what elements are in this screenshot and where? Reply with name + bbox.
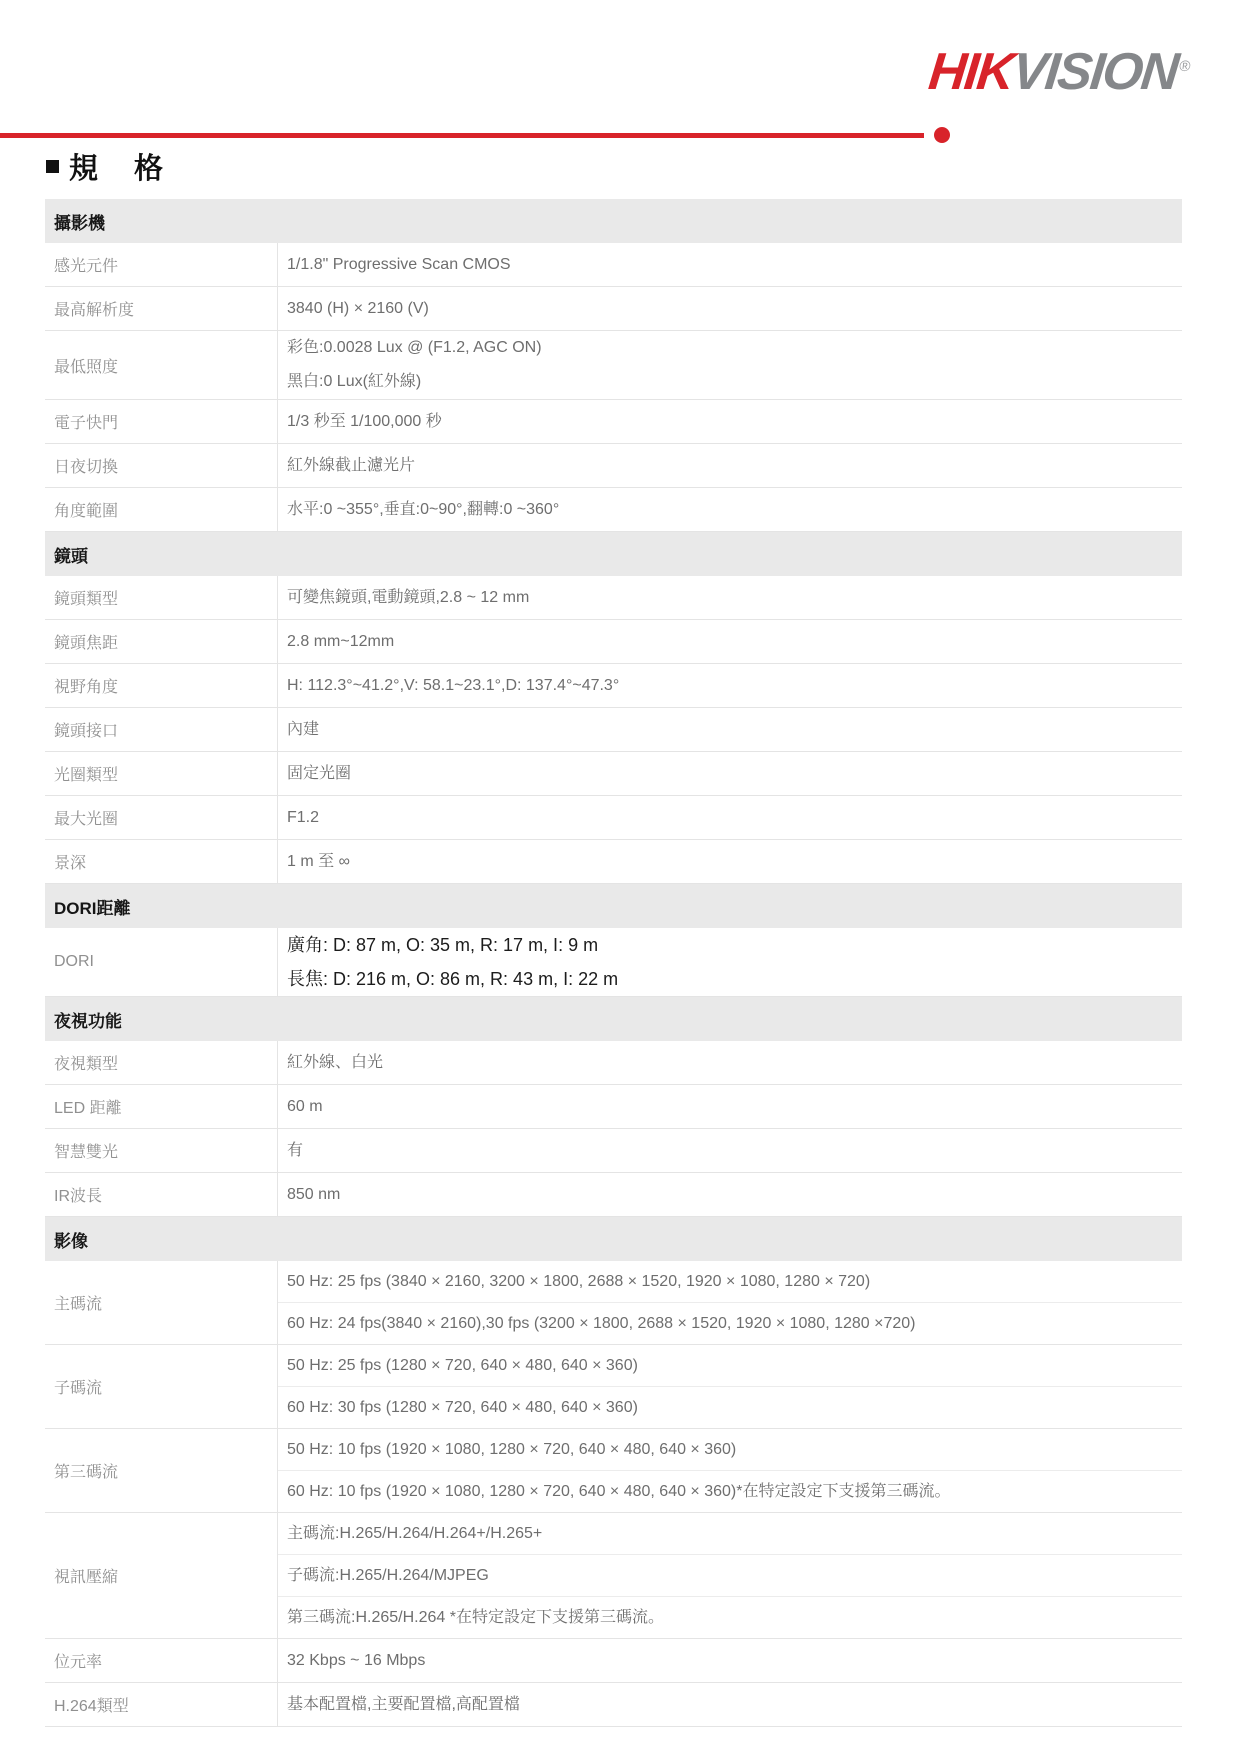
spec-value: 850 nm <box>278 1173 1182 1216</box>
spec-value-line: 子碼流:H.265/H.264/MJPEG <box>278 1555 1182 1597</box>
spec-value: 固定光圈 <box>278 752 1182 795</box>
hikvision-logo: HIKVISION® <box>926 42 1193 102</box>
spec-value-line: 廣角: D: 87 m, O: 35 m, R: 17 m, I: 9 m <box>278 928 1182 962</box>
spec-value-line: 50 Hz: 25 fps (3840 × 2160, 3200 × 1800,… <box>278 1261 1182 1303</box>
spec-value-line: 內建 <box>278 708 1182 751</box>
spec-value: 32 Kbps ~ 16 Mbps <box>278 1639 1182 1682</box>
spec-value-line: 固定光圈 <box>278 752 1182 795</box>
spec-value-line: 基本配置檔,主要配置檔,高配置檔 <box>278 1683 1182 1726</box>
spec-label: 景深 <box>45 840 278 883</box>
spec-label: IR波長 <box>45 1173 278 1216</box>
spec-value: 可變焦鏡頭,電動鏡頭,2.8 ~ 12 mm <box>278 576 1182 619</box>
spec-value: 3840 (H) × 2160 (V) <box>278 287 1182 330</box>
spec-value: 1/1.8" Progressive Scan CMOS <box>278 243 1182 286</box>
spec-value: 彩色:0.0028 Lux @ (F1.2, AGC ON)黑白:0 Lux(紅… <box>278 331 1182 399</box>
section-header: 攝影機 <box>45 199 1182 243</box>
spec-value: F1.2 <box>278 796 1182 839</box>
spec-label: 位元率 <box>45 1639 278 1682</box>
spec-label: 視訊壓縮 <box>45 1513 278 1638</box>
spec-label: H.264類型 <box>45 1683 278 1726</box>
spec-value: 1 m 至 ∞ <box>278 840 1182 883</box>
spec-label: 視野角度 <box>45 664 278 707</box>
spec-label: 最低照度 <box>45 331 278 399</box>
spec-row: 第三碼流50 Hz: 10 fps (1920 × 1080, 1280 × 7… <box>45 1429 1182 1513</box>
spec-value: 50 Hz: 10 fps (1920 × 1080, 1280 × 720, … <box>278 1429 1182 1512</box>
spec-value-line: 60 Hz: 30 fps (1280 × 720, 640 × 480, 64… <box>278 1387 1182 1428</box>
spec-label: 光圈類型 <box>45 752 278 795</box>
spec-row: 角度範圍水平:0 ~355°,垂直:0~90°,翻轉:0 ~360° <box>45 488 1182 532</box>
spec-value-line: 32 Kbps ~ 16 Mbps <box>278 1639 1182 1682</box>
spec-value-line: 50 Hz: 10 fps (1920 × 1080, 1280 × 720, … <box>278 1429 1182 1471</box>
spec-label: 電子快門 <box>45 400 278 443</box>
spec-label: 鏡頭接口 <box>45 708 278 751</box>
spec-value: H: 112.3°~41.2°,V: 58.1~23.1°,D: 137.4°~… <box>278 664 1182 707</box>
spec-row: 子碼流50 Hz: 25 fps (1280 × 720, 640 × 480,… <box>45 1345 1182 1429</box>
spec-label: 最高解析度 <box>45 287 278 330</box>
spec-row: 智慧雙光有 <box>45 1129 1182 1173</box>
spec-label: 智慧雙光 <box>45 1129 278 1172</box>
spec-value-line: 黑白:0 Lux(紅外線) <box>278 365 1182 399</box>
spec-value-line: 1/1.8" Progressive Scan CMOS <box>278 243 1182 286</box>
spec-row: 視野角度H: 112.3°~41.2°,V: 58.1~23.1°,D: 137… <box>45 664 1182 708</box>
red-divider-line <box>0 133 924 138</box>
section-header: 影像 <box>45 1217 1182 1261</box>
spec-label: 子碼流 <box>45 1345 278 1428</box>
spec-row: 視訊壓縮主碼流:H.265/H.264/H.264+/H.265+子碼流:H.2… <box>45 1513 1182 1639</box>
spec-sheet-page: HIKVISION® 規 格 攝影機感光元件1/1.8" Progressive… <box>0 0 1240 1754</box>
spec-label: 感光元件 <box>45 243 278 286</box>
spec-value-line: 1 m 至 ∞ <box>278 840 1182 883</box>
spec-row: 鏡頭焦距2.8 mm~12mm <box>45 620 1182 664</box>
spec-label: 主碼流 <box>45 1261 278 1344</box>
section-header: 鏡頭 <box>45 532 1182 576</box>
spec-row: 最高解析度3840 (H) × 2160 (V) <box>45 287 1182 331</box>
spec-value-line: 60 m <box>278 1085 1182 1128</box>
spec-value-line: 水平:0 ~355°,垂直:0~90°,翻轉:0 ~360° <box>278 488 1182 531</box>
spec-value: 水平:0 ~355°,垂直:0~90°,翻轉:0 ~360° <box>278 488 1182 531</box>
spec-table: 攝影機感光元件1/1.8" Progressive Scan CMOS最高解析度… <box>45 199 1182 1727</box>
spec-value-line: 彩色:0.0028 Lux @ (F1.2, AGC ON) <box>278 331 1182 365</box>
spec-label: LED 距離 <box>45 1085 278 1128</box>
spec-value: 1/3 秒至 1/100,000 秒 <box>278 400 1182 443</box>
spec-value: 2.8 mm~12mm <box>278 620 1182 663</box>
spec-row: LED 距離60 m <box>45 1085 1182 1129</box>
page-title-text: 規 格 <box>69 146 171 187</box>
spec-value-line: 850 nm <box>278 1173 1182 1216</box>
spec-label: DORI <box>45 928 278 996</box>
section-header: 夜視功能 <box>45 997 1182 1041</box>
spec-value: 50 Hz: 25 fps (3840 × 2160, 3200 × 1800,… <box>278 1261 1182 1344</box>
spec-value: 50 Hz: 25 fps (1280 × 720, 640 × 480, 64… <box>278 1345 1182 1428</box>
spec-value: 60 m <box>278 1085 1182 1128</box>
spec-value: 廣角: D: 87 m, O: 35 m, R: 17 m, I: 9 m長焦:… <box>278 928 1182 996</box>
spec-value: 主碼流:H.265/H.264/H.264+/H.265+子碼流:H.265/H… <box>278 1513 1182 1638</box>
logo-vision-text: VISION <box>1010 43 1180 101</box>
spec-label: 角度範圍 <box>45 488 278 531</box>
spec-value-line: 長焦: D: 216 m, O: 86 m, R: 43 m, I: 22 m <box>278 962 1182 996</box>
spec-value-line: 2.8 mm~12mm <box>278 620 1182 663</box>
spec-value-line: F1.2 <box>278 796 1182 839</box>
spec-value: 紅外線、白光 <box>278 1041 1182 1084</box>
spec-row: H.264類型基本配置檔,主要配置檔,高配置檔 <box>45 1683 1182 1727</box>
spec-value-line: 紅外線截止濾光片 <box>278 444 1182 487</box>
spec-value-line: 紅外線、白光 <box>278 1041 1182 1084</box>
title-bullet-square <box>46 160 59 173</box>
spec-row: 景深1 m 至 ∞ <box>45 840 1182 884</box>
spec-value-line: 第三碼流:H.265/H.264 *在特定設定下支援第三碼流。 <box>278 1597 1182 1638</box>
spec-row: 日夜切換紅外線截止濾光片 <box>45 444 1182 488</box>
spec-value-line: 可變焦鏡頭,電動鏡頭,2.8 ~ 12 mm <box>278 576 1182 619</box>
spec-value: 有 <box>278 1129 1182 1172</box>
page-title: 規 格 <box>46 146 171 187</box>
spec-row: 感光元件1/1.8" Progressive Scan CMOS <box>45 243 1182 287</box>
spec-value: 內建 <box>278 708 1182 751</box>
spec-value-line: H: 112.3°~41.2°,V: 58.1~23.1°,D: 137.4°~… <box>278 664 1182 707</box>
spec-label: 夜視類型 <box>45 1041 278 1084</box>
logo-hik-text: HIK <box>926 43 1016 101</box>
spec-row: 位元率32 Kbps ~ 16 Mbps <box>45 1639 1182 1683</box>
spec-row: 鏡頭接口內建 <box>45 708 1182 752</box>
red-divider-dot <box>934 127 950 143</box>
spec-label: 日夜切換 <box>45 444 278 487</box>
spec-row: 最大光圈F1.2 <box>45 796 1182 840</box>
spec-value-line: 50 Hz: 25 fps (1280 × 720, 640 × 480, 64… <box>278 1345 1182 1387</box>
spec-row: 主碼流50 Hz: 25 fps (3840 × 2160, 3200 × 18… <box>45 1261 1182 1345</box>
spec-row: IR波長850 nm <box>45 1173 1182 1217</box>
spec-row: 最低照度彩色:0.0028 Lux @ (F1.2, AGC ON)黑白:0 L… <box>45 331 1182 400</box>
spec-row: 光圈類型固定光圈 <box>45 752 1182 796</box>
spec-value-line: 3840 (H) × 2160 (V) <box>278 287 1182 330</box>
spec-value: 基本配置檔,主要配置檔,高配置檔 <box>278 1683 1182 1726</box>
spec-value-line: 1/3 秒至 1/100,000 秒 <box>278 400 1182 443</box>
spec-label: 第三碼流 <box>45 1429 278 1512</box>
spec-value: 紅外線截止濾光片 <box>278 444 1182 487</box>
spec-row: 鏡頭類型可變焦鏡頭,電動鏡頭,2.8 ~ 12 mm <box>45 576 1182 620</box>
spec-value-line: 主碼流:H.265/H.264/H.264+/H.265+ <box>278 1513 1182 1555</box>
spec-row: 夜視類型紅外線、白光 <box>45 1041 1182 1085</box>
spec-value-line: 60 Hz: 24 fps(3840 × 2160),30 fps (3200 … <box>278 1303 1182 1344</box>
section-header: DORI距離 <box>45 884 1182 928</box>
spec-label: 鏡頭焦距 <box>45 620 278 663</box>
spec-value-line: 60 Hz: 10 fps (1920 × 1080, 1280 × 720, … <box>278 1471 1182 1512</box>
spec-row: DORI廣角: D: 87 m, O: 35 m, R: 17 m, I: 9 … <box>45 928 1182 997</box>
registered-mark: ® <box>1179 58 1192 75</box>
spec-label: 最大光圈 <box>45 796 278 839</box>
spec-label: 鏡頭類型 <box>45 576 278 619</box>
spec-value-line: 有 <box>278 1129 1182 1172</box>
spec-row: 電子快門1/3 秒至 1/100,000 秒 <box>45 400 1182 444</box>
